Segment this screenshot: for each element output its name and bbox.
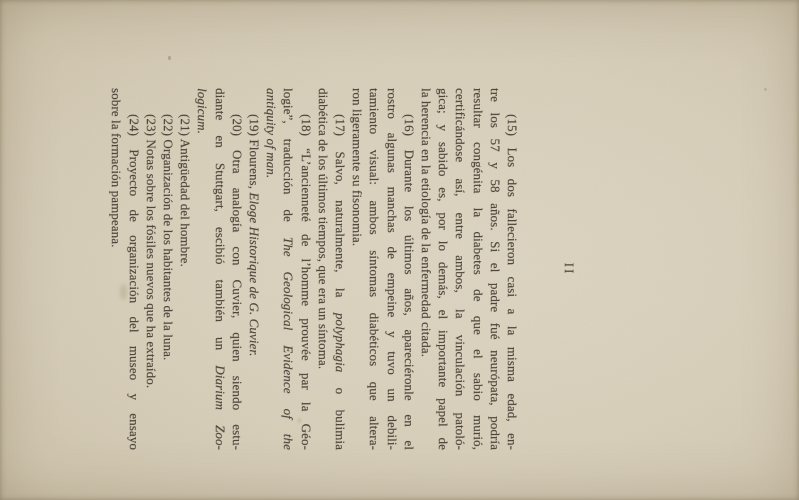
footnote-line: sobre la formación pampeana. [108, 88, 125, 450]
scanned-page-photo: II (15) Los dos fallecieron casi a la mi… [0, 0, 799, 500]
text-segment: (21) Antigüedad del hombre. [178, 114, 193, 267]
text-segment: (23) Notas sobre los fósiles nuevos que … [144, 114, 159, 388]
text-segment: la herencia en la etiología de la enferm… [419, 88, 434, 357]
footnote-line: logie”, traducción de The Geological Evi… [280, 88, 297, 450]
footnote-line: diante en Stuttgart, escibió también un … [211, 88, 228, 450]
page-number: II [561, 88, 577, 450]
text-segment: (22) Organización de los habitantes de l… [161, 114, 176, 360]
italic-text-segment: logicum. [195, 88, 210, 134]
text-segment: tre los 57 y 58 años. Si el padre fué ne… [488, 88, 503, 450]
footnote-line: diabética de los últimos tiempos, que er… [315, 88, 332, 450]
text-segment: (20) Otra analogía con Cuvier, quien sie… [230, 114, 245, 450]
footnote-line: certificándose así, entre ambos, la vinc… [452, 88, 469, 450]
paper-speck [168, 56, 171, 60]
footnotes-block: (15) Los dos fallecieron casi a la misma… [108, 88, 521, 450]
text-segment: tamiento visual: ambos síntomas diabétic… [367, 88, 382, 450]
footnote-line: (18) “L’ancienneté de l’homme prouvée pa… [297, 88, 314, 450]
footnote-line: ron ligeramente su fisonomia. [349, 88, 366, 450]
text-segment: (24) Proyecto de organización del museo … [127, 114, 142, 450]
footnote-line: (17) Salvo, naturalmente, la polyphagia … [332, 88, 349, 450]
footnote-line: gica; y sabido es, por lo demás, el impo… [435, 88, 452, 450]
footnote-line: (21) Antigüedad del hombre. [177, 88, 194, 450]
footnote-line: (19) Flourens, Eloge Historique de G. Cu… [246, 88, 263, 450]
text-segment: sobre la formación pampeana. [109, 88, 124, 247]
footnote-line: (20) Otra analogía con Cuvier, quien sie… [229, 88, 246, 450]
text-segment: (18) “L’ancienneté de l’homme prouvée pa… [299, 114, 314, 450]
text-segment: gica; y sabido es, por lo demás, el impo… [436, 88, 451, 450]
footnote-line: tre los 57 y 58 años. Si el padre fué ne… [487, 88, 504, 450]
footnote-line: tamiento visual: ambos síntomas diabétic… [366, 88, 383, 450]
italic-text-segment: polyphagia [333, 313, 348, 373]
text-segment: rostro algunas manchas de empeine y tuvo… [385, 88, 400, 450]
text-segment: logie”, traducción de [281, 88, 296, 237]
italic-text-segment: Diarium Zoo- [213, 365, 228, 450]
footnote-line: rostro algunas manchas de empeine y tuvo… [383, 88, 400, 450]
italic-text-segment: Eloge Historique de G. Cuvier. [247, 192, 262, 356]
text-segment: resultar congénita la diabetes de que el… [471, 88, 486, 450]
text-segment: certificándose así, entre ambos, la vinc… [453, 88, 468, 450]
footnote-line: logicum. [194, 88, 211, 450]
text-segment: diante en Stuttgart, escibió también un [213, 88, 228, 365]
footnote-line: antiquity of man. [263, 88, 280, 450]
text-segment: o bulimia [333, 372, 348, 450]
paper-speck [764, 88, 767, 91]
footnote-line: (23) Notas sobre los fósiles nuevos que … [143, 88, 160, 450]
footnote-line: (16) Durante los últimos años, apareciér… [401, 88, 418, 450]
text-segment: ron ligeramente su fisonomia. [350, 88, 365, 246]
text-segment: diabética de los últimos tiempos, que er… [316, 88, 331, 369]
text-segment: (19) Flourens, [247, 114, 262, 192]
italic-text-segment: antiquity of man. [264, 88, 279, 178]
footnote-line: (24) Proyecto de organización del museo … [125, 88, 142, 450]
text-segment: (15) Los dos fallecieron casi a la misma… [505, 114, 520, 450]
text-segment: (16) Durante los últimos años, apareciér… [402, 114, 417, 450]
italic-text-segment: The Geological Evidence of the [281, 237, 296, 450]
footnote-line: resultar congénita la diabetes de que el… [469, 88, 486, 450]
footnote-line: (22) Organización de los habitantes de l… [160, 88, 177, 450]
book-page: II (15) Los dos fallecieron casi a la mi… [0, 0, 799, 500]
text-segment: (17) Salvo, naturalmente, la [333, 114, 348, 313]
footnote-line: (15) Los dos fallecieron casi a la misma… [504, 88, 521, 450]
footnote-line: la herencia en la etiología de la enferm… [418, 88, 435, 450]
